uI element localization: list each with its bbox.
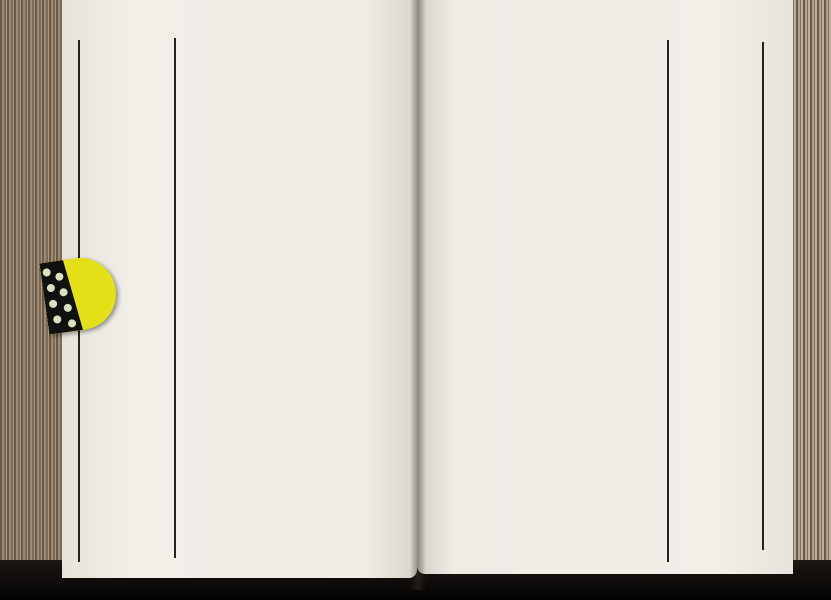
column-rule [174,38,176,558]
right-page [417,0,793,574]
scripture-text [181,38,409,83]
book-page-edges-right [789,0,831,560]
margin-rule [762,42,764,550]
book-gutter [410,0,426,590]
scripture-text [425,38,661,80]
column-rule [667,40,669,562]
left-page [62,0,417,578]
eraser [39,253,120,334]
